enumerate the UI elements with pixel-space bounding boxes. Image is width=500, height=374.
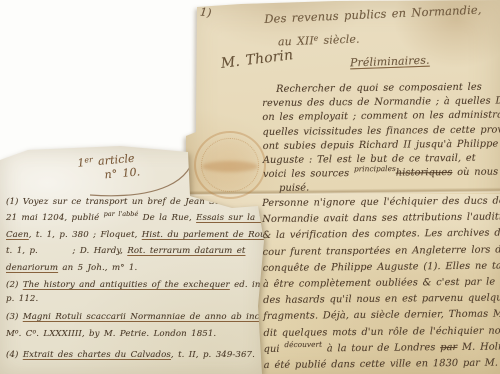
opening-paragraph: Rechercher de quoi se composaient lesrev… bbox=[262, 81, 500, 197]
handwritten-line: fragments. Déjà, au siècle dernier, Thom… bbox=[263, 307, 500, 326]
handwritten-line: (3) Magni Rotuli scaccarii Normanniae de… bbox=[6, 309, 262, 326]
document-title-line2: au XIIe siècle. bbox=[278, 33, 360, 49]
handwritten-line: Mo. Co. LXXXIIII, by M. Petrie. London 1… bbox=[6, 326, 262, 343]
footnote-3: (3) Magni Rotuli scaccarii Normanniae de… bbox=[6, 309, 262, 343]
footnote-4: (4) Extrait des chartes du Calvados, t. … bbox=[6, 348, 262, 362]
note-slip-wrap: 1er articlen° 10. (1) Voyez sur ce trans… bbox=[0, 146, 264, 374]
handwritten-line: t. 1, p. ; D. Hardy, Rot. terrarum datar… bbox=[6, 243, 262, 259]
handwritten-line: denariorum an 5 Joh., m° 1. bbox=[6, 260, 262, 276]
document-title-line1: Des revenus publics en Normandie, bbox=[264, 3, 482, 26]
manuscript-photo: 1) Des revenus publics en Normandie, au … bbox=[0, 0, 500, 374]
article-header: 1er articlen° 10. bbox=[77, 151, 141, 183]
handwritten-line: Caen, t. 1, p. 380 ; Floquet, Hist. du p… bbox=[6, 227, 262, 243]
handwritten-line: (2) The history and antiquities of the e… bbox=[6, 278, 262, 292]
handwritten-line: a été publié dans cette ville en 1830 pa… bbox=[264, 356, 500, 374]
handwritten-line: 21 mai 1204, publié par l'abbé De la Rue… bbox=[6, 210, 262, 226]
page-number-mark: 1) bbox=[199, 5, 212, 19]
main-paragraph: Personne n'ignore que l'échiquier des du… bbox=[262, 194, 500, 374]
handwritten-line: & la vérification des comptes. Les archi… bbox=[262, 226, 500, 245]
note-slip: 1er articlen° 10. (1) Voyez sur ce trans… bbox=[0, 146, 264, 374]
footnote-1: (1) Voyez sur ce transport un bref de Je… bbox=[6, 194, 262, 276]
handwritten-line: (4) Extrait des chartes du Calvados, t. … bbox=[6, 348, 262, 362]
handwritten-line: p. 112. bbox=[6, 292, 262, 306]
document-subtitle: Préliminaires. bbox=[350, 54, 430, 70]
handwritten-line: au XIIe siècle. bbox=[278, 33, 360, 49]
author-name: M. Thorin bbox=[220, 47, 294, 72]
footnote-2: (2) The history and antiquities of the e… bbox=[6, 278, 262, 306]
